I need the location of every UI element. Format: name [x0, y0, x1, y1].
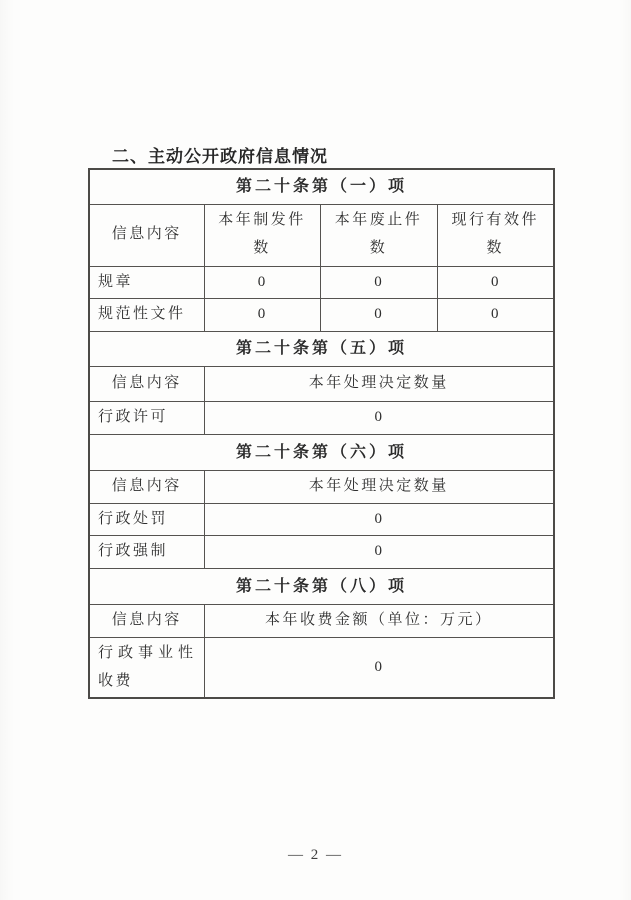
column-header: 信息内容	[89, 470, 204, 503]
column-header: 现行有效件数	[437, 204, 554, 266]
section-title: 第二十条第（六）项	[89, 434, 554, 470]
page-number: — 2 —	[0, 847, 631, 864]
section-title: 第二十条第（一）项	[89, 169, 554, 204]
table-row: 行政许可 0	[89, 402, 554, 435]
column-header: 本年废止件数	[320, 204, 437, 266]
cell-value: 0	[204, 402, 554, 435]
column-header: 信息内容	[89, 367, 204, 402]
document-page: 二、主动公开政府信息情况 第二十条第（一）项 信息内容 本年制发件数 本年废止件…	[0, 0, 631, 900]
section-title: 第二十条第（八）项	[89, 569, 554, 605]
table-row: 行政事业性收费 0	[89, 637, 554, 698]
cell-value: 0	[204, 637, 554, 698]
cell-value: 0	[204, 266, 320, 299]
cell-value: 0	[320, 266, 437, 299]
section-title: 第二十条第（五）项	[89, 332, 554, 367]
row-label: 规章	[89, 266, 204, 299]
cell-value: 0	[437, 299, 554, 332]
column-header: 本年制发件数	[204, 204, 320, 266]
column-header: 本年处理决定数量	[204, 470, 554, 503]
table-row: 行政强制 0	[89, 536, 554, 569]
column-header: 信息内容	[89, 605, 204, 638]
cell-value: 0	[437, 266, 554, 299]
cell-value: 0	[320, 299, 437, 332]
row-label: 行政事业性收费	[89, 637, 204, 698]
table-row: 规章 0 0 0	[89, 266, 554, 299]
column-header: 本年处理决定数量	[204, 367, 554, 402]
column-header: 本年收费金额（单位：万元）	[204, 605, 554, 638]
row-label: 行政许可	[89, 402, 204, 435]
row-label: 行政处罚	[89, 503, 204, 536]
cell-value: 0	[204, 299, 320, 332]
cell-value: 0	[204, 536, 554, 569]
row-label: 规范性文件	[89, 299, 204, 332]
table-row: 行政处罚 0	[89, 503, 554, 536]
section-heading: 二、主动公开政府信息情况	[112, 142, 328, 167]
table-row: 规范性文件 0 0 0	[89, 299, 554, 332]
info-disclosure-table: 第二十条第（一）项 信息内容 本年制发件数 本年废止件数 现行有效件数 规章 0…	[88, 168, 555, 699]
row-label: 行政强制	[89, 536, 204, 569]
column-header: 信息内容	[89, 204, 204, 266]
cell-value: 0	[204, 503, 554, 536]
